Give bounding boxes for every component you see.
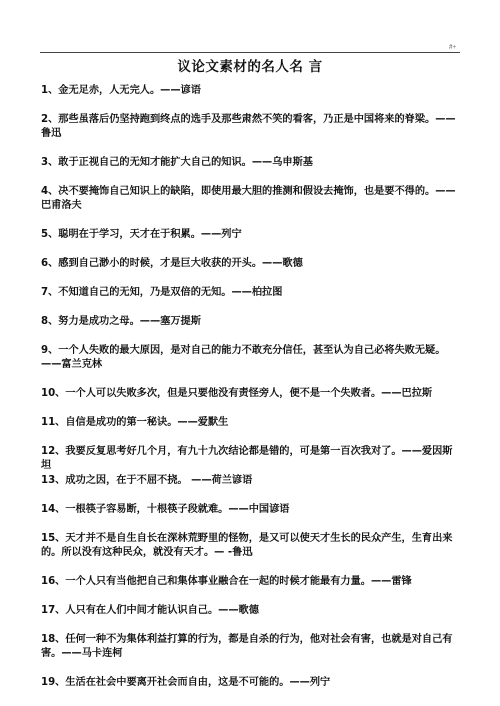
quote-item: 6、感到自己渺小的时候，才是巨大收获的开头。——歌德 [41,257,461,286]
quote-item: 5、聪明在于学习，天才在于积累。——列宁 [41,228,461,257]
quote-item: 14、一根筷子容易断，十根筷子段就难。——中国谚语 [41,503,461,532]
quote-item: 18、任何一种不为集体利益打算的行为，都是自杀的行为，他对社会有害，也就是对自己… [41,633,461,676]
document-title: 议论文素材的名人名 言 [0,55,500,75]
quote-item: 19、生活在社会中要离开社会而自由，这是不可能的。——列宁 [41,676,461,705]
quote-item: 15、天才并不是自生自长在深林荒野里的怪物，是又可以使天才生长的民众产生，生育出… [41,532,461,575]
quote-item: 17、人只有在人们中间才能认识自己。——歌德 [41,604,461,633]
quote-item: 12、我要反复思考好几个月，有九十九次结论都是错的，可是第一百次我对了。——爱因… [41,445,461,474]
quote-item: 9、一个人失败的最大原因，是对自己的能力不敢充分信任，甚至认为自己必将失败无疑。… [41,344,461,387]
quote-list: 1、金无足赤，人无完人。——谚语 2、那些虽落后仍坚持跑到终点的选手及那些肃然不… [41,84,461,705]
quote-item: 3、敢于正视自己的无知才能扩大自己的知识。——乌申斯基 [41,156,461,185]
quote-item: 1、金无足赤，人无完人。——谚语 [41,84,461,113]
quote-item: 7、不知道自己的无知，乃是双倍的无知。——柏拉图 [41,286,461,315]
quote-item: 10、一个人可以失败多次，但是只要他没有责怪旁人，便不是一个失败者。——巴拉斯 [41,387,461,416]
quote-item: 4、决不要掩饰自己知识上的缺陷，即使用最大胆的推测和假设去掩饰，也是要不得的。—… [41,185,461,228]
quote-item: 8、努力是成功之母。——塞万提斯 [41,315,461,344]
quote-item: 2、那些虽落后仍坚持跑到终点的选手及那些肃然不笑的看客，乃正是中国将来的脊梁。—… [41,113,461,156]
quote-item: 11、自信是成功的第一秘诀。——爱默生 [41,416,461,445]
header-rule [40,52,460,53]
quote-item: 13、成功之因，在于不屈不挠。 ——荷兰谚语 [41,474,461,503]
quote-item: 16、一个人只有当他把自己和集体事业融合在一起的时候才能最有力量。——雷锋 [41,575,461,604]
header-mark: #+ [449,43,456,51]
